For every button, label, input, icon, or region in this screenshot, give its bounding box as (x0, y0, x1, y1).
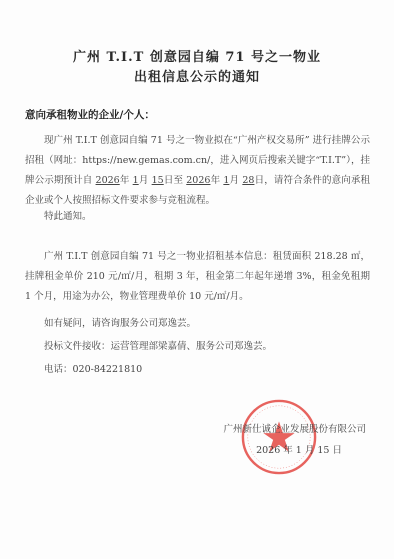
inquiry-contact: 如有疑问，请咨询服务公司郑逸芸。 (25, 314, 370, 334)
end-day: 28 (242, 175, 254, 186)
start-day: 15 (152, 175, 164, 186)
salutation: 意向承租物业的企业/个人： (25, 107, 155, 122)
rental-info-paragraph: 广州 T.I.T 创意园自编 71 号之一物业招租基本信息：租赁面积 218.2… (25, 247, 370, 307)
start-year: 2026 (96, 175, 120, 186)
bid-receipt-contact: 投标文件接收：运营管理部梁嘉倩、服务公司郑逸芸。 (25, 337, 370, 357)
company-seal-icon (240, 398, 318, 476)
signature-date: 2026 年 1 月 15 日 (256, 442, 342, 456)
signature-company: 广州新仕诚企业发展股份有限公司 (223, 421, 366, 435)
closing-remark: 特此通知。 (25, 207, 370, 227)
announcement-paragraph: 现广州 T.I.T 创意园自编 71 号之一物业拟在“广州产权交易所” 进行挂牌… (25, 131, 370, 211)
document-title-line2: 出租信息公示的通知 (0, 66, 394, 85)
phone-number: 电话：020-84221810 (25, 360, 370, 380)
document-title-line1: 广州 T.I.T 创意园自编 71 号之一物业 (0, 46, 394, 65)
end-year: 2026 (186, 175, 210, 186)
